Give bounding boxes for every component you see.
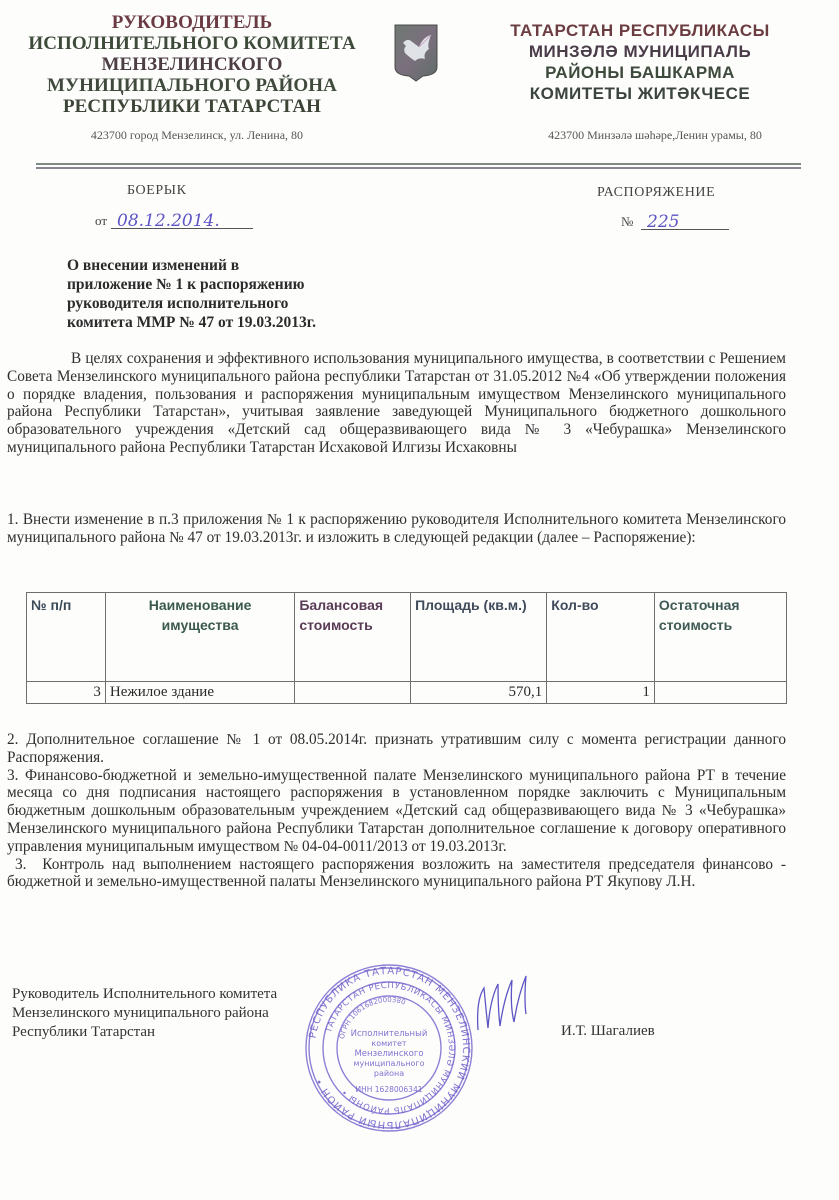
address-left: 423700 город Мензелинск, ул. Ленина, 80 <box>67 128 327 143</box>
col-header-area: Площадь (кв.м.) <box>411 593 547 682</box>
header-divider <box>36 167 801 169</box>
cell-quantity: 1 <box>547 682 655 704</box>
signer-name: И.Т. Шагалиев <box>561 1023 655 1040</box>
item-2-paragraph: 2. Дополнительное соглашение № 1 от 08.0… <box>7 731 786 767</box>
subject-line: О внесении изменений в <box>67 256 387 275</box>
header-right-line: ТАТАРСТАН РЕСПУБЛИКАСЫ <box>475 20 805 41</box>
position-line: Мензелинского муниципального района <box>12 1004 277 1023</box>
cell-residual <box>654 682 786 704</box>
official-stamp-icon: РЕСПУБЛИКА ТАТАРСТАН МЕНЗЕЛИНСКИЙ МУНИЦИ… <box>303 962 475 1134</box>
subject-heading: О внесении изменений в приложение № 1 к … <box>67 256 387 332</box>
cell-balance <box>295 682 411 704</box>
header-left-line: МЕНЗЕЛИНСКОГО <box>12 54 372 75</box>
signatory-position: Руководитель Исполнительного комитета Ме… <box>12 985 277 1042</box>
subject-line: комитета ММР № 47 от 19.03.2013г. <box>67 313 387 332</box>
table-row: 3 Нежилое здание 570,1 1 <box>27 682 787 704</box>
property-table: № п/п Наименование имущества Балансовая … <box>26 592 787 704</box>
number-field: 225 <box>641 214 729 230</box>
number-prefix: № <box>621 214 633 230</box>
header-left-line: ИСПОЛНИТЕЛЬНОГО КОМИТЕТА <box>12 33 372 54</box>
caption-boeryk: БОЕРЫК <box>127 183 187 199</box>
header-left-line: РУКОВОДИТЕЛЬ <box>12 12 372 33</box>
items-2-3-block: 2. Дополнительное соглашение № 1 от 08.0… <box>7 731 786 891</box>
cell-number: 3 <box>27 682 106 704</box>
cell-name: Нежилое здание <box>105 682 294 704</box>
col-header-quantity: Кол-во <box>547 593 655 682</box>
caption-rasporyazhenie: РАСПОРЯЖЕНИЕ <box>597 185 715 201</box>
header-right-line: МИНЗӘЛӘ МУНИЦИПАЛЬ <box>475 41 805 62</box>
svg-text:муниципального: муниципального <box>353 1059 424 1068</box>
intro-paragraph: В целях сохранения и эффективного исполь… <box>7 350 786 457</box>
header-left-line: РЕСПУБЛИКИ ТАТАРСТАН <box>12 96 372 117</box>
header-divider <box>36 163 801 165</box>
subject-line: руководителя исполнительного <box>67 294 387 313</box>
col-header-number: № п/п <box>27 593 106 682</box>
svg-text:комитет: комитет <box>371 1039 407 1048</box>
item-1-paragraph: 1. Внести изменение в п.3 приложения № 1… <box>7 511 786 547</box>
item-3-paragraph: 3. Финансово-бюджетной и земельно-имущес… <box>7 767 786 856</box>
header-left-title: РУКОВОДИТЕЛЬ ИСПОЛНИТЕЛЬНОГО КОМИТЕТА МЕ… <box>12 12 372 117</box>
item-3-control-paragraph: 3. Контроль над выполнением настоящего р… <box>7 856 786 892</box>
header-right-line: КОМИТЕТЫ ЖИТӘКЧЕСЕ <box>475 83 805 104</box>
header-right-title: ТАТАРСТАН РЕСПУБЛИКАСЫ МИНЗӘЛӘ МУНИЦИПАЛ… <box>475 20 805 104</box>
col-header-balance: Балансовая стоимость <box>295 593 411 682</box>
handwritten-signature-icon <box>470 970 550 1040</box>
svg-text:ИНН 1628006341: ИНН 1628006341 <box>356 1085 423 1094</box>
coat-of-arms-icon <box>393 23 439 83</box>
svg-text:Исполнительный: Исполнительный <box>351 1029 428 1039</box>
cell-area: 570,1 <box>411 682 547 704</box>
col-header-residual: Остаточная стоимость <box>654 593 786 682</box>
header-right-line: РАЙОНЫ БАШКАРМА <box>475 62 805 83</box>
svg-text:района: района <box>374 1069 404 1078</box>
date-prefix: от <box>95 213 107 229</box>
table-header-row: № п/п Наименование имущества Балансовая … <box>27 593 787 682</box>
address-right: 423700 Минзәлә шәһәре,Ленин урамы, 80 <box>520 128 790 143</box>
col-header-name: Наименование имущества <box>105 593 294 682</box>
svg-text:Мензелинского: Мензелинского <box>354 1049 423 1059</box>
position-line: Руководитель Исполнительного комитета <box>12 985 277 1004</box>
header-left-line: МУНИЦИПАЛЬНОГО РАЙОНА <box>12 75 372 96</box>
subject-line: приложение № 1 к распоряжению <box>67 275 387 294</box>
date-field: 08.12.2014. <box>111 213 253 229</box>
position-line: Республики Татарстан <box>12 1023 277 1042</box>
